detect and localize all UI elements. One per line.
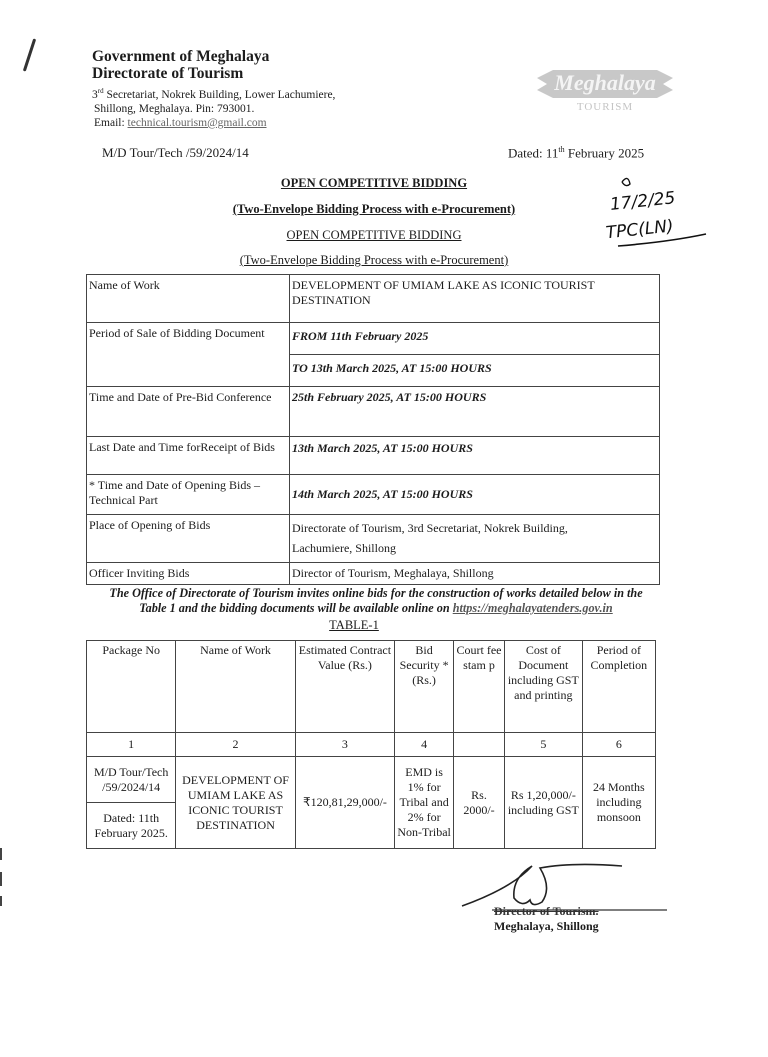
column-number: 4 <box>395 733 454 757</box>
table1-title: TABLE-1 <box>0 618 738 633</box>
table-row: M/D Tour/Tech /59/2024/14 DEVELOPMENT OF… <box>87 757 656 803</box>
header-cell: Bid Security * (Rs.) <box>395 641 454 733</box>
svg-text:17/2/25: 17/2/25 <box>609 188 676 215</box>
document-cost: Rs 1,20,000/- including GST <box>504 757 582 849</box>
column-number: 5 <box>504 733 582 757</box>
package-number: M/D Tour/Tech /59/2024/14 <box>87 757 176 803</box>
table-row: * Time and Date of Opening Bids – Techni… <box>87 475 660 515</box>
row-value: TO 13th March 2025, AT 15:00 HOURS <box>290 355 660 387</box>
email-link[interactable]: technical.tourism@gmail.com <box>128 117 267 129</box>
email-line: Email: technical.tourism@gmail.com <box>92 116 335 130</box>
table-row: Name of Work DEVELOPMENT OF UMIAM LAKE A… <box>87 275 660 323</box>
row-value: 14th March 2025, AT 15:00 HOURS <box>290 475 660 515</box>
row-value: Director of Tourism, Meghalaya, Shillong <box>290 563 660 585</box>
reference-date: Dated: 11th February 2025 <box>508 145 644 161</box>
header-cell: Cost of Document including GST and print… <box>504 641 582 733</box>
row-value: Directorate of Tourism, 3rd Secretariat,… <box>290 515 660 563</box>
row-value: FROM 11th February 2025 <box>290 323 660 355</box>
header-row: Package No Name of Work Estimated Contra… <box>87 641 656 733</box>
tenders-link[interactable]: https://meghalayatenders.gov.in <box>453 601 613 615</box>
bid-security: EMD is 1% for Tribal and 2% for Non-Trib… <box>395 757 454 849</box>
column-number <box>454 733 505 757</box>
row-label: Officer Inviting Bids <box>87 563 290 585</box>
header-cell: Court fee stam p <box>454 641 505 733</box>
header-cell: Package No <box>87 641 176 733</box>
row-value: 13th March 2025, AT 15:00 HOURS <box>290 437 660 475</box>
svg-text:Meghalaya: Meghalaya <box>553 70 655 95</box>
signatory-location: Meghalaya, Shillong <box>494 919 599 934</box>
row-label: Period of Sale of Bidding Document <box>87 323 290 387</box>
signatory: Director of Tourism. Meghalaya, Shillong <box>494 904 599 934</box>
header-cell: Name of Work <box>176 641 295 733</box>
row-label: Last Date and Time forReceipt of Bids <box>87 437 290 475</box>
address-block: 3rd Secretariat, Nokrek Building, Lower … <box>92 84 335 130</box>
pen-mark <box>23 38 36 71</box>
org-name: Government of Meghalaya <box>92 48 269 65</box>
package-date: Dated: 11th February 2025. <box>87 803 176 849</box>
column-number: 2 <box>176 733 295 757</box>
table-row: Time and Date of Pre-Bid Conference 25th… <box>87 387 660 437</box>
subtitle-2: (Two-Envelope Bidding Process with e-Pro… <box>0 253 758 268</box>
department-name: Directorate of Tourism <box>92 65 269 82</box>
table-row: Last Date and Time forReceipt of Bids 13… <box>87 437 660 475</box>
row-label: Place of Opening of Bids <box>87 515 290 563</box>
work-name: DEVELOPMENT OF UMIAM LAKE AS ICONIC TOUR… <box>176 757 295 849</box>
signatory-title: Director of Tourism. <box>494 904 599 919</box>
address-line-1: 3rd Secretariat, Nokrek Building, Lower … <box>92 84 335 102</box>
meghalaya-tourism-logo: Meghalaya TOURISM <box>535 52 675 114</box>
address-line-2: Shillong, Meghalaya. Pin: 793001. <box>92 102 335 116</box>
column-number: 1 <box>87 733 176 757</box>
handwritten-note: 17/2/25 TPC(LN) <box>588 172 718 252</box>
court-fee: Rs. 2000/- <box>454 757 505 849</box>
row-label: * Time and Date of Opening Bids – Techni… <box>87 475 290 515</box>
scan-edge-mark <box>0 872 2 886</box>
row-value: 25th February 2025, AT 15:00 HOURS <box>290 387 660 437</box>
table-row: Place of Opening of Bids Directorate of … <box>87 515 660 563</box>
row-value: DEVELOPMENT OF UMIAM LAKE AS ICONIC TOUR… <box>290 275 660 323</box>
svg-text:TPC(LN): TPC(LN) <box>605 216 675 243</box>
scan-edge-mark <box>0 848 2 860</box>
bidding-info-table: Name of Work DEVELOPMENT OF UMIAM LAKE A… <box>86 274 660 585</box>
table-row: Officer Inviting Bids Director of Touris… <box>87 563 660 585</box>
column-number: 6 <box>582 733 655 757</box>
header-cell: Period of Completion <box>582 641 655 733</box>
svg-text:TOURISM: TOURISM <box>577 101 633 113</box>
intro-paragraph: The Office of Directorate of Tourism inv… <box>96 586 656 616</box>
row-label: Time and Date of Pre-Bid Conference <box>87 387 290 437</box>
number-row: 1 2 3 4 5 6 <box>87 733 656 757</box>
row-label: Name of Work <box>87 275 290 323</box>
column-number: 3 <box>295 733 394 757</box>
letterhead: Government of Meghalaya Directorate of T… <box>92 48 269 82</box>
reference-number: M/D Tour/Tech /59/2024/14 <box>102 145 249 161</box>
completion-period: 24 Months including monsoon <box>582 757 655 849</box>
works-table: Package No Name of Work Estimated Contra… <box>86 640 656 849</box>
contract-value: ₹120,81,29,000/- <box>295 757 394 849</box>
table-row: Period of Sale of Bidding Document FROM … <box>87 323 660 355</box>
header-cell: Estimated Contract Value (Rs.) <box>295 641 394 733</box>
scan-edge-mark <box>0 896 2 906</box>
